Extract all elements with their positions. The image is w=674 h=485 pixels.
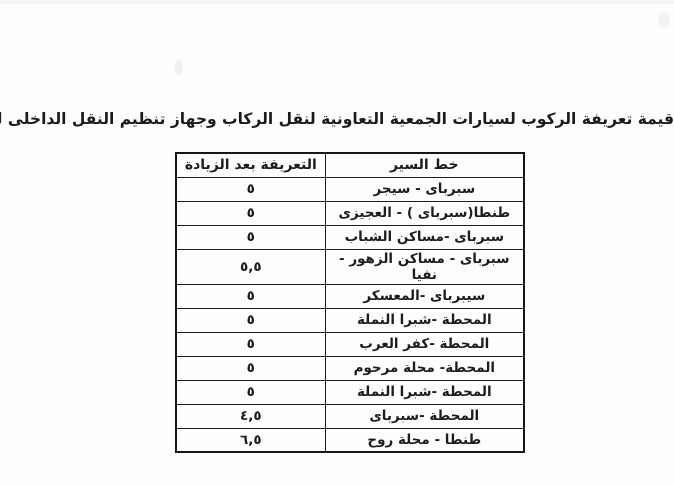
route-cell: طنطا(سبرباى ) - العجيزى: [325, 201, 524, 225]
fare-cell: ٤,٥: [176, 404, 325, 428]
fare-table: خط السير التعريفة بعد الزيادة سبرباى - س…: [175, 152, 525, 453]
table-row: المحطة -شبرا النملة ٥: [176, 380, 524, 404]
fare-cell: ٥: [176, 380, 325, 404]
table-row: طنطا - محلة روح ٦,٥: [176, 428, 524, 452]
route-cell: سبرباى - سيجر: [325, 177, 524, 201]
route-cell: سبرباى -مساكن الشباب: [325, 225, 524, 249]
fare-cell: ٥: [176, 177, 325, 201]
route-cell: المحطة -شبرا النملة: [325, 308, 524, 332]
route-cell: سبرباى - مساكن الزهور - نفيا: [325, 249, 524, 284]
route-cell: المحطة -شبرا النملة: [325, 380, 524, 404]
fare-cell: ٥: [176, 332, 325, 356]
scan-smudge: [658, 12, 670, 28]
route-cell: سيبرباى -المعسكر: [325, 284, 524, 308]
fare-cell: ٥,٥: [176, 249, 325, 284]
fare-cell: ٥: [176, 308, 325, 332]
table-row: سبرباى -مساكن الشباب ٥: [176, 225, 524, 249]
table-header-row: خط السير التعريفة بعد الزيادة: [176, 153, 524, 177]
table-row: المحطة- محلة مرحوم ٥: [176, 356, 524, 380]
route-cell: المحطة -سبرباى: [325, 404, 524, 428]
table-row: سبرباى - سيجر ٥: [176, 177, 524, 201]
table-row: المحطة -كفر العرب ٥: [176, 332, 524, 356]
table-row: طنطا(سبرباى ) - العجيزى ٥: [176, 201, 524, 225]
table-row: سبرباى - مساكن الزهور - نفيا ٥,٥: [176, 249, 524, 284]
route-cell: المحطة -كفر العرب: [325, 332, 524, 356]
fare-cell: ٥: [176, 356, 325, 380]
fare-table-container: خط السير التعريفة بعد الزيادة سبرباى - س…: [175, 152, 525, 453]
table-row: المحطة -سبرباى ٤,٥: [176, 404, 524, 428]
scan-edge-artifact: [0, 0, 674, 4]
fare-cell: ٥: [176, 284, 325, 308]
fare-cell: ٥: [176, 225, 325, 249]
route-column-header: خط السير: [325, 153, 524, 177]
table-row: المحطة -شبرا النملة ٥: [176, 308, 524, 332]
scan-smudge: [174, 60, 183, 75]
fare-cell: ٦,٥: [176, 428, 325, 452]
table-row: سيبرباى -المعسكر ٥: [176, 284, 524, 308]
fare-column-header: التعريفة بعد الزيادة: [176, 153, 325, 177]
scanned-document-page: قيمة تعريفة الركوب لسيارات الجمعية التعا…: [0, 0, 674, 485]
document-title: قيمة تعريفة الركوب لسيارات الجمعية التعا…: [0, 110, 674, 128]
fare-cell: ٥: [176, 201, 325, 225]
route-cell: المحطة- محلة مرحوم: [325, 356, 524, 380]
route-cell: طنطا - محلة روح: [325, 428, 524, 452]
